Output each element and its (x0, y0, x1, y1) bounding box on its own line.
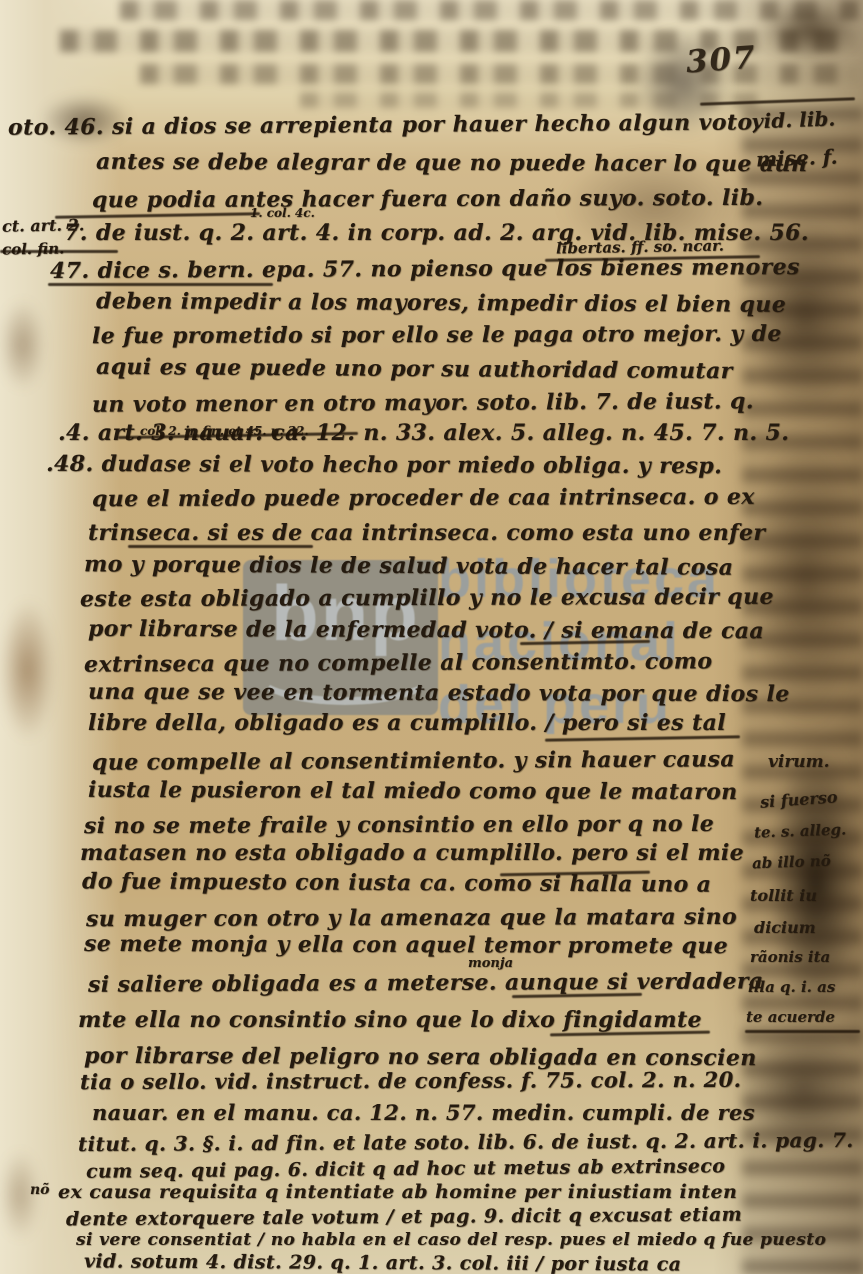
manuscript-line: aqui es que puede uno por su authoridad … (96, 354, 733, 384)
ink-stroke (745, 1030, 860, 1033)
margin-note-right: dicium (754, 918, 816, 937)
manuscript-line: un voto menor en otro mayor. soto. lib. … (92, 388, 754, 417)
bnp-logo-text: bnp (271, 568, 420, 659)
manuscript-line: que compelle al consentimiento. y sin ha… (92, 746, 735, 775)
manuscript-line: iusta le pusieron el tal miedo como que … (88, 777, 738, 805)
ink-stain (760, 0, 860, 60)
manuscript-line: que podia antes hacer fuera con daño suy… (92, 185, 763, 213)
ink-stain (0, 600, 55, 740)
ink-stroke (128, 545, 313, 548)
interlinear-note: monja (468, 956, 513, 971)
margin-note-right: ab illo nõ (752, 852, 831, 873)
margin-note-right: tollit iu (750, 886, 817, 905)
manuscript-line: dente extorquere tale votum / et pag. 9.… (66, 1204, 742, 1231)
interlinear-note: nõ (30, 1182, 50, 1198)
manuscript-line: matasen no esta obligado a cumplillo. pe… (80, 840, 744, 866)
ink-stroke (48, 283, 273, 286)
manuscript-line: vid. sotum 4. dist. 29. q. 1. art. 3. co… (84, 1250, 681, 1274)
manuscript-line: titut. q. 3. §. i. ad fin. et late soto.… (78, 1128, 854, 1156)
manuscript-line: se mete monja y ella con aquel temor pro… (84, 931, 728, 959)
manuscript-line: nauar. en el manu. ca. 12. n. 57. medin.… (92, 1100, 755, 1125)
bleed-smudge-row (120, 0, 860, 20)
manuscript-line: ex causa requisita q intentiate ab homin… (58, 1181, 737, 1203)
manuscript-line: .48. dudase si el voto hecho por miedo o… (46, 451, 722, 479)
margin-note-right: te. s. alleg. (754, 820, 847, 841)
margin-note-right: illa q. i. as (748, 978, 835, 996)
manuscript-line: si no se mete fraile y consintio en ello… (84, 811, 714, 839)
manuscript-line: mo y porque dios le de salud vota de hac… (84, 551, 733, 580)
manuscript-line: extrinseca que no compelle al consentimt… (84, 648, 713, 677)
manuscript-line: una que se vee en tormenta estado vota p… (88, 679, 790, 707)
margin-note-left: col. fin. (2, 239, 65, 258)
interlinear-note: libertas. ff. so. ncar. (556, 237, 724, 258)
margin-note-right: te acuerde (746, 1008, 835, 1026)
manuscript-line: trinseca. si es de caa intrinseca. como … (88, 520, 765, 546)
manuscript-line: cum seq. qui pag. 6. dicit q ad hoc ut m… (86, 1155, 725, 1183)
manuscript-line: mte ella no consintio sino que lo dixo f… (78, 1007, 702, 1033)
manuscript-line: si saliere obligada es a meterse. aunque… (88, 968, 764, 998)
manuscript-line: deben impedir a los mayores, impedir dio… (96, 288, 786, 318)
margin-note-right: rãonis ita (750, 948, 830, 966)
manuscript-line: su muger con otro y la amenaza que la ma… (86, 904, 737, 932)
page-number: 307 (685, 40, 758, 81)
margin-note-right: virum. (768, 752, 830, 772)
manuscript-line: oto. 46. si a dios se arrepienta por hau… (8, 109, 761, 140)
ink-stain (0, 300, 45, 390)
ink-stroke (0, 250, 118, 253)
ink-stroke (55, 212, 260, 219)
manuscript-line: tia o sello. vid. instruct. de confess. … (80, 1067, 741, 1094)
ink-stroke (545, 735, 740, 741)
manuscript-line: si vere consentiat / no habla en el caso… (76, 1230, 826, 1250)
manuscript-line: que el miedo puede proceder de caa intri… (92, 484, 755, 512)
manuscript-line: le fue prometido si por ello se le paga … (92, 321, 782, 349)
manuscript-line: libre della, obligado es a cumplillo. / … (88, 710, 726, 736)
manuscript-line: por librarse de la enfermedad voto. / si… (88, 616, 764, 644)
manuscript-line: antes se debe alegrar de que no puede ha… (96, 149, 807, 177)
manuscript-line: este esta obligado a cumplillo y no le e… (80, 584, 774, 612)
manuscript-page: bnp biblioteca nacional del peru 307 oto… (0, 0, 863, 1274)
margin-note-right: vid. lib. (752, 107, 836, 134)
margin-note-right: mise. f. (756, 145, 838, 172)
